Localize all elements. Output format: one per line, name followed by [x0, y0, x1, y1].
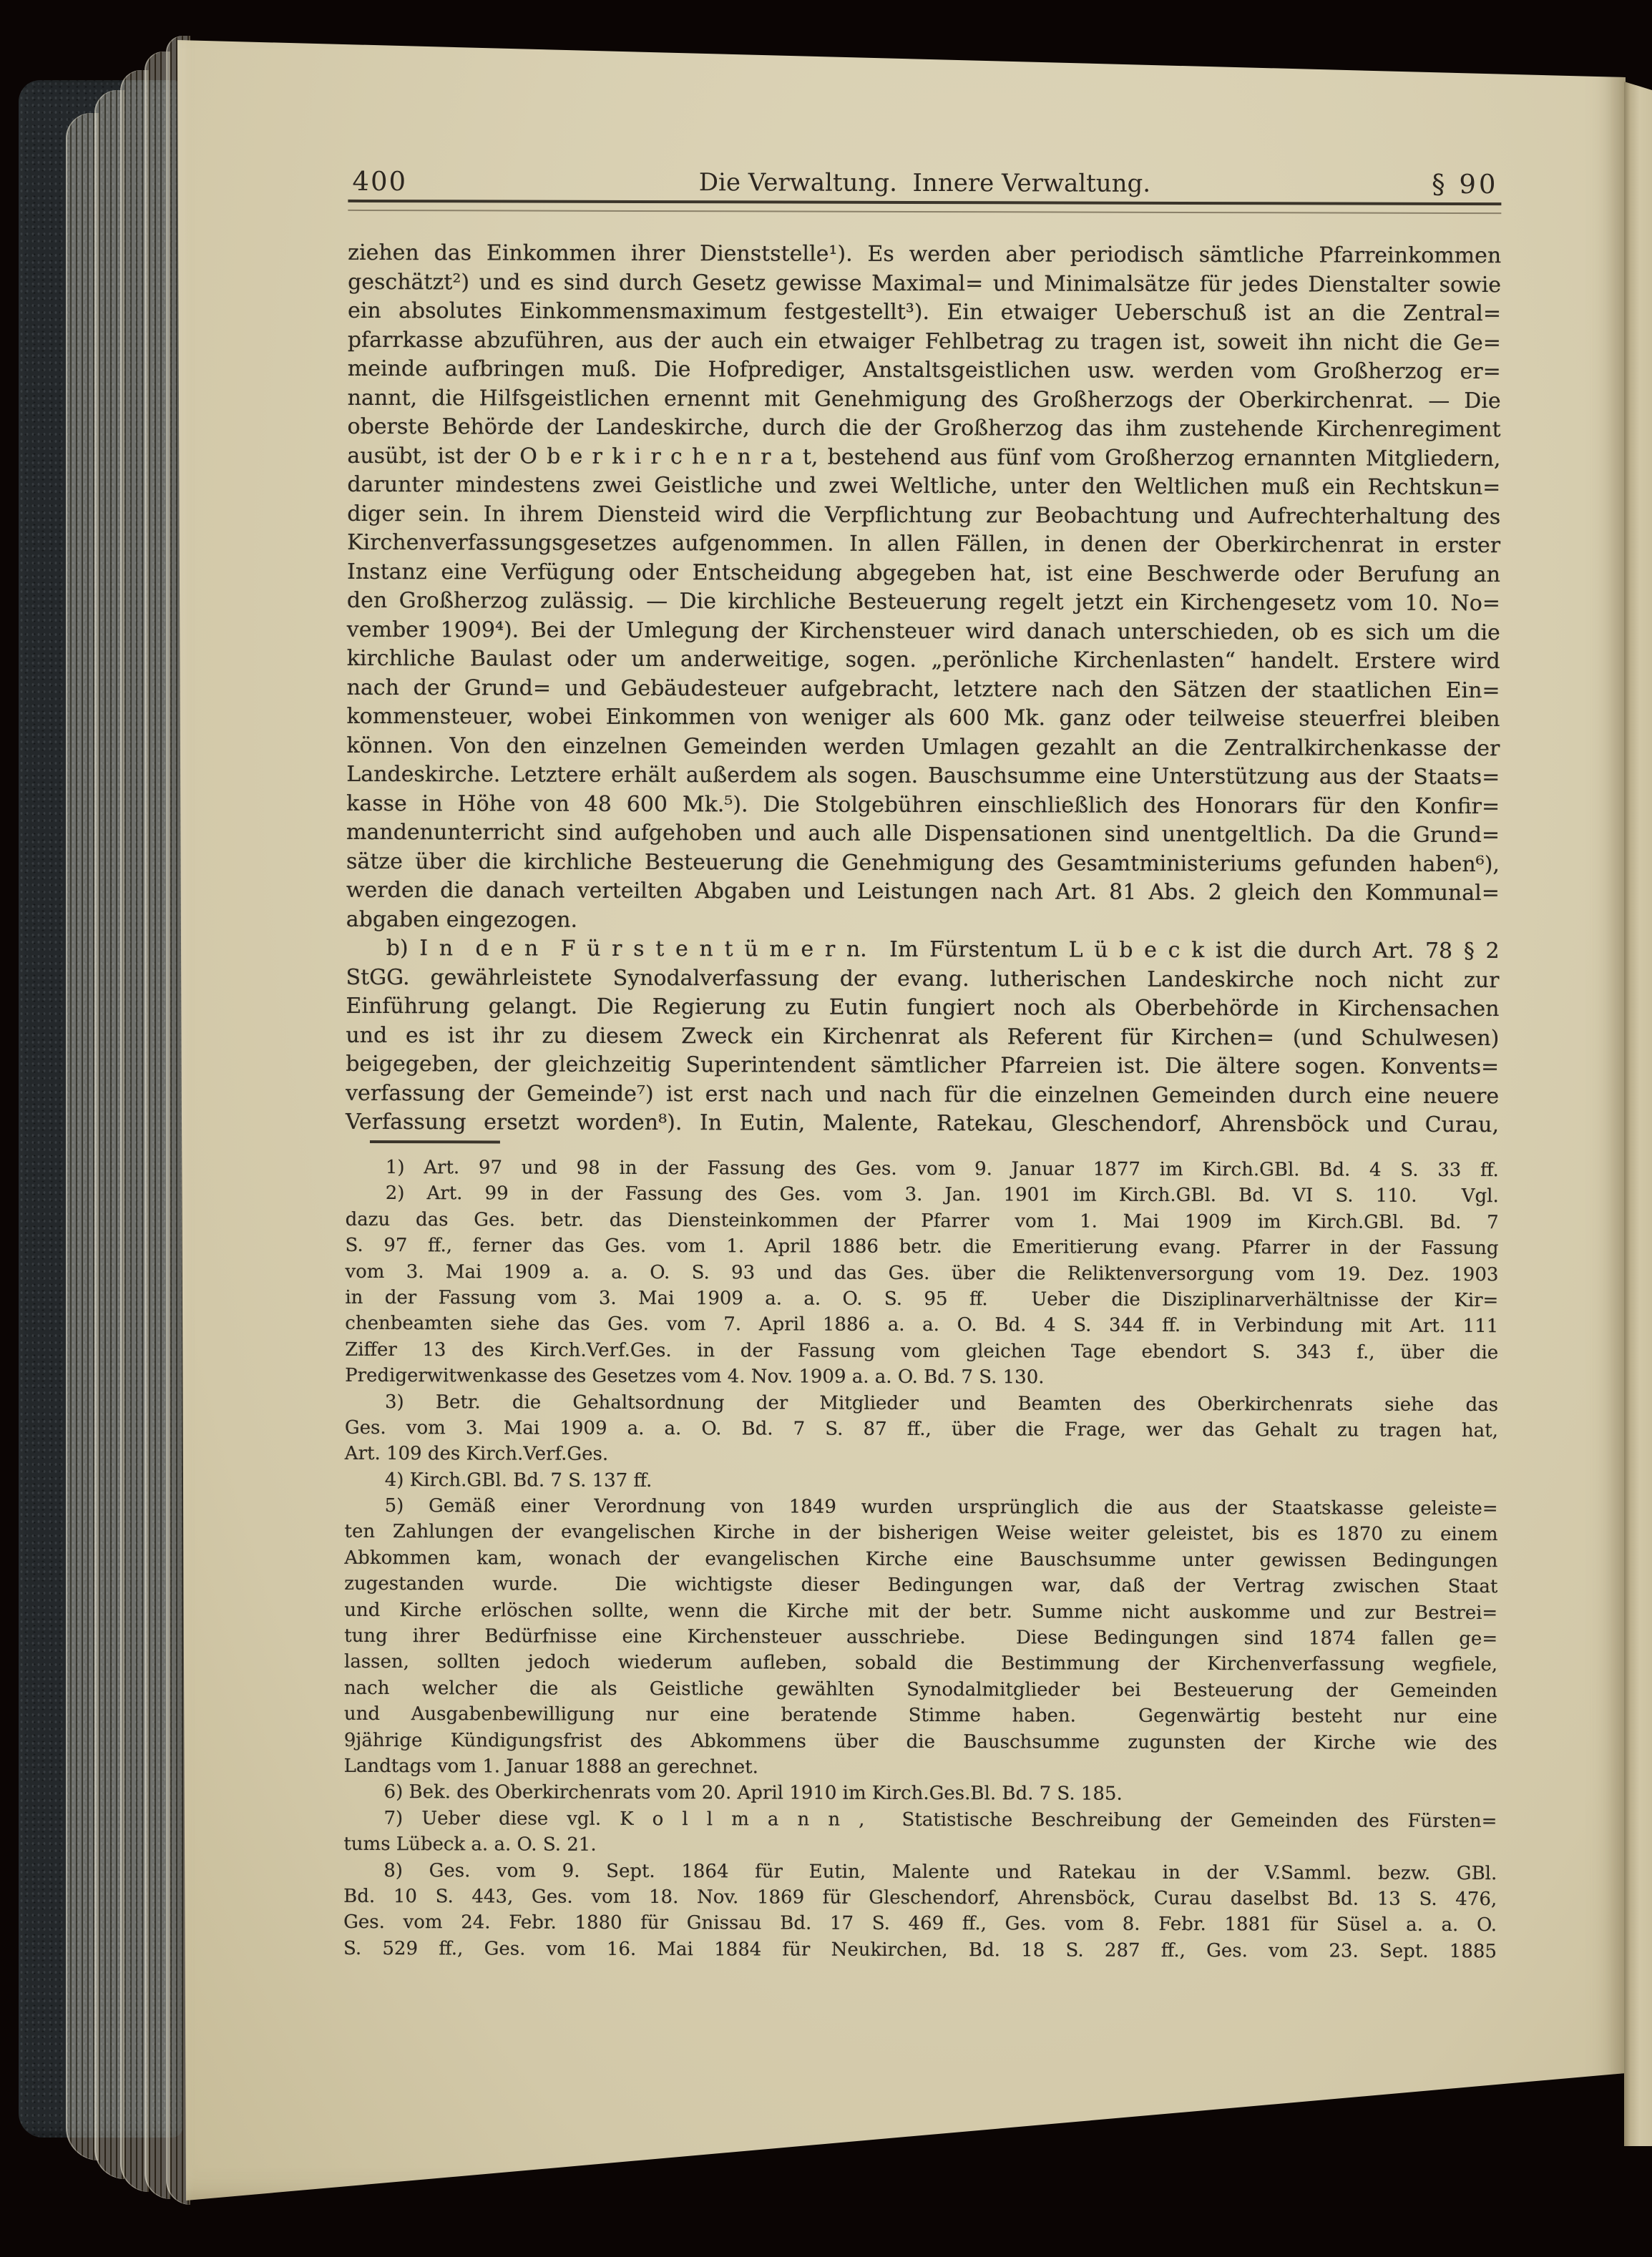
footnote-line: Predigerwitwenkasse des Gesetzes vom 4. …: [345, 1363, 1498, 1392]
footnote-separator: [370, 1140, 500, 1143]
footnote-line: lassen, sollten jedoch wiederum aufleben…: [344, 1649, 1497, 1678]
body-text: ziehen das Einkommen ihrer Dienststelle¹…: [346, 239, 1501, 1140]
footnote-line: Art. 109 des Kirch.Verf.Ges.: [345, 1441, 1498, 1470]
page-header: 400 Die Verwaltung. Innere Verwaltung. §…: [348, 165, 1501, 205]
footnote-line: 4) Kirch.GBl. Bd. 7 S. 137 ff.: [345, 1467, 1498, 1497]
body-line: abgaben eingezogen.: [346, 905, 1500, 937]
body-line: ausübt, ist der O b e r k i r c h e n r …: [347, 441, 1500, 474]
footnote-line: 6) Bek. des Oberkirchenrats vom 20. Apri…: [344, 1779, 1497, 1808]
footnote-line: 9jährige Kündigungsfrist des Abkommens ü…: [344, 1727, 1497, 1756]
footnote-line: chenbeamten siehe das Ges. vom 7. April …: [345, 1311, 1498, 1340]
footnote-line: und Ausgabenbewilligung nur eine beraten…: [344, 1701, 1497, 1730]
body-line: vember 1909⁴). Bei der Umlegung der Kirc…: [347, 615, 1500, 647]
scanned-book-page: 400 Die Verwaltung. Innere Verwaltung. §…: [0, 0, 1652, 2257]
footnote-line: Bd. 10 S. 443, Ges. vom 18. Nov. 1869 fü…: [343, 1884, 1497, 1913]
footnote-line: 7) Ueber diese vgl. K o l l m a n n , St…: [343, 1806, 1497, 1835]
footnote-line: S. 529 ff., Ges. vom 16. Mai 1884 für Ne…: [343, 1936, 1497, 1965]
footnote-line: dazu das Ges. betr. das Diensteinkommen …: [346, 1207, 1499, 1236]
footnote-line: tung ihrer Bedürfnisse eine Kirchensteue…: [344, 1623, 1497, 1653]
body-line: oberste Behörde der Landeskirche, durch …: [348, 413, 1501, 445]
body-line: StGG. gewährleistete Synodalverfassung d…: [346, 963, 1499, 995]
footnote-line: zugestanden wurde. Die wichtigste dieser…: [344, 1571, 1497, 1600]
header-rule-thin: [348, 210, 1501, 214]
footnote-line: 1) Art. 97 und 98 in der Fassung des Ges…: [346, 1155, 1499, 1184]
footnote-line: Abkommen kam, wonach der evangelischen K…: [344, 1545, 1497, 1575]
body-line: nach der Grund= und Gebäudesteuer aufgeb…: [347, 673, 1500, 705]
section-mark: § 90: [1432, 169, 1498, 200]
body-line: ein absolutes Einkommensmaximum festgest…: [348, 297, 1501, 329]
body-line: Instanz eine Verfügung oder Entscheidung…: [347, 557, 1500, 589]
footnote-line: Ges. vom 3. Mai 1909 a. a. O. Bd. 7 S. 8…: [345, 1415, 1498, 1444]
footnotes: 1) Art. 97 und 98 in der Fassung des Ges…: [343, 1155, 1499, 1964]
footnote-line: Ges. vom 24. Febr. 1880 für Gnissau Bd. …: [343, 1909, 1497, 1939]
body-line: kommensteuer, wobei Einkommen von wenige…: [346, 702, 1500, 735]
body-line: verfassung der Gemeinde⁷) ist erst nach …: [346, 1079, 1499, 1111]
body-line: darunter mindestens zwei Geistliche und …: [347, 471, 1500, 503]
body-line: ziehen das Einkommen ihrer Dienststelle¹…: [348, 239, 1501, 271]
footnote-line: 8) Ges. vom 9. Sept. 1864 für Eutin, Mal…: [343, 1857, 1497, 1886]
body-line: und es ist ihr zu diesem Zweck ein Kirch…: [346, 1021, 1499, 1053]
page-content: 400 Die Verwaltung. Innere Verwaltung. §…: [343, 0, 1502, 2257]
footnote-line: 5) Gemäß einer Verordnung von 1849 wurde…: [345, 1493, 1498, 1522]
body-line: werden die danach verteilten Abgaben und…: [346, 876, 1500, 909]
body-line: Einführung gelangt. Die Regierung zu Eut…: [346, 992, 1499, 1024]
body-line: sätze über die kirchliche Besteuerung di…: [346, 847, 1500, 879]
body-line: Verfassung ersetzt worden⁸). In Eutin, M…: [346, 1108, 1499, 1140]
footnote-line: 2) Art. 99 in der Fassung des Ges. vom 3…: [346, 1180, 1499, 1210]
running-title: Die Verwaltung. Innere Verwaltung.: [348, 167, 1501, 199]
footnote-line: Ziffer 13 des Kirch.Verf.Ges. in der Fas…: [345, 1337, 1498, 1366]
body-line: Landeskirche. Letztere erhält außerdem a…: [346, 760, 1500, 793]
footnote-line: Landtags vom 1. Januar 1888 an gerechnet…: [344, 1753, 1497, 1783]
footnote-line: S. 97 ff., ferner das Ges. vom 1. April …: [346, 1233, 1499, 1262]
body-line: den Großherzog zulässig. — Die kirchlich…: [347, 587, 1500, 619]
body-line: kirchliche Baulast oder um anderweitige,…: [347, 645, 1500, 677]
footnote-line: vom 3. Mai 1909 a. a. O. S. 93 und das G…: [345, 1258, 1498, 1288]
body-line: beigegeben, der gleichzeitig Superintend…: [346, 1050, 1499, 1082]
body-line: geschätzt²) und es sind durch Gesetz gew…: [348, 268, 1501, 300]
footnote-line: 3) Betr. die Gehaltsordnung der Mitglied…: [345, 1389, 1498, 1418]
body-line: kasse in Höhe von 48 600 Mk.⁵). Die Stol…: [346, 789, 1500, 821]
footnote-line: ten Zahlungen der evangelischen Kirche i…: [344, 1519, 1497, 1548]
body-line: mandenunterricht sind aufgehoben und auc…: [346, 818, 1500, 851]
body-line: können. Von den einzelnen Gemeinden werd…: [346, 731, 1500, 763]
footnote-line: tums Lübeck a. a. O. S. 21.: [343, 1831, 1497, 1861]
body-line: b) I n d e n F ü r s t e n t ü m e r n. …: [346, 934, 1500, 966]
body-line: diger sein. In ihrem Diensteid wird die …: [347, 499, 1500, 532]
footnote-line: in der Fassung vom 3. Mai 1909 a. a. O. …: [345, 1285, 1498, 1314]
body-line: pfarrkasse abzuführen, aus der auch ein …: [348, 325, 1501, 358]
body-line: nannt, die Hilfsgeistlichen ernennt mit …: [348, 383, 1501, 416]
footnote-line: nach welcher die als Geistliche gewählte…: [344, 1675, 1497, 1705]
body-line: Kirchenverfassungsgesetzes aufgenommen. …: [347, 529, 1500, 561]
footnote-line: und Kirche erlöschen sollte, wenn die Ki…: [344, 1597, 1497, 1627]
body-line: meinde aufbringen muß. Die Hofprediger, …: [348, 355, 1501, 387]
facing-page-gutter: [1624, 76, 1652, 2146]
